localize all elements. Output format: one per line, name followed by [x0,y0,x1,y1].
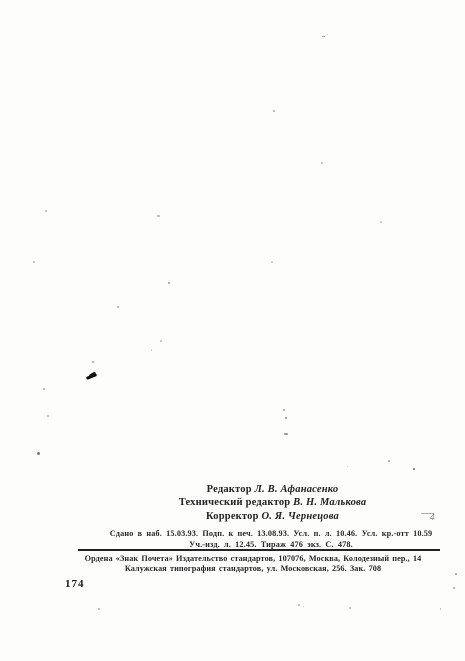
publisher-line-1: Ордена «Знак Почета» Издательство станда… [60,554,446,564]
credit-role-corrector: Корректор [206,511,259,522]
dust-speck [347,466,348,467]
dust-speck [453,587,455,589]
credit-role-tech-editor: Технический редактор [179,497,291,508]
credit-line-editor: Редактор Л. В. Афанасенко [90,483,455,496]
dust-speck [440,608,441,610]
ink-blot-mark [85,370,99,381]
credit-role-editor: Редактор [207,484,252,495]
scanned-colophon-page: Редактор Л. В. Афанасенко Технический ре… [0,0,465,661]
dust-speck [284,433,288,435]
dust-speck [455,573,457,575]
dust-speck [327,34,328,35]
credits-block: Редактор Л. В. Афанасенко Технический ре… [90,483,455,523]
dust-speck [298,604,300,606]
credit-line-corrector: Корректор О. Я. Чернецова [90,510,455,523]
dust-speck [98,608,100,610]
pencil-digit: 4 [430,512,435,522]
divider-rule [78,549,440,551]
dust-speck [380,221,382,223]
dust-speck [168,282,170,284]
page-number: 174 [65,578,85,590]
dust-speck [271,261,273,263]
dust-speck [321,162,323,164]
pencil-annotation: 4 [421,511,445,529]
dust-speck [92,361,94,363]
dust-speck [160,340,162,342]
dust-speck [322,36,325,37]
dust-speck [117,306,119,308]
dust-speck [303,606,304,607]
dust-speck [37,452,40,455]
credit-name-editor: Л. В. Афанасенко [255,484,339,495]
dust-speck [47,415,49,417]
credit-name-corrector: О. Я. Чернецова [261,511,339,522]
dust-speck [157,215,160,217]
dust-speck [273,110,275,112]
dust-speck [151,349,152,351]
credit-line-tech-editor: Технический редактор В. Н. Малькова [90,496,455,509]
dust-speck [413,468,415,470]
dust-speck [43,388,45,390]
dust-speck [285,417,287,419]
publisher-block: Ордена «Знак Почета» Издательство станда… [60,554,446,574]
dust-speck [283,409,285,411]
imprint-line-1: Сдано в наб. 15.03.93. Подп. к печ. 13.0… [78,529,464,540]
dust-speck [349,607,351,609]
publisher-line-2: Калужская типография стандартов, ул. Мос… [60,564,446,574]
credit-name-tech-editor: В. Н. Малькова [293,497,366,508]
dust-speck [33,261,35,263]
imprint-block: Сдано в наб. 15.03.93. Подп. к печ. 13.0… [78,529,464,550]
dust-speck [45,210,47,212]
dust-speck [388,460,390,462]
